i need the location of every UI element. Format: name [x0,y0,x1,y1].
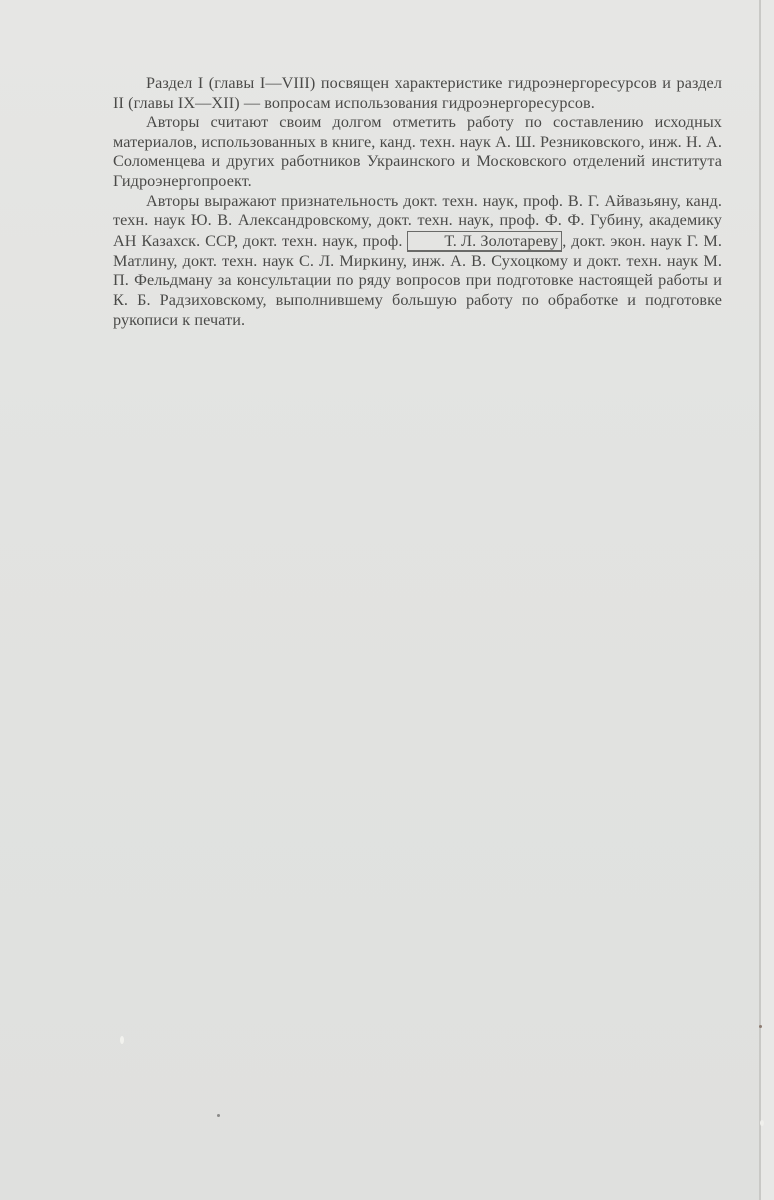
next-page-edge [761,0,774,1200]
book-page: Раздел I (главы I—VIII) посвящен характе… [0,0,774,1200]
preface-text-block: Раздел I (главы I—VIII) посвящен характе… [113,74,722,330]
boxed-name-memorial: Т. Л. Золотареву [407,231,562,252]
paper-speck [759,1025,762,1028]
paragraph-sections-overview: Раздел I (главы I—VIII) посвящен характе… [113,74,722,113]
paper-speck [760,1120,764,1126]
paper-speck [217,1114,220,1117]
paragraph-acknowledgement-consultants: Авторы выражают признательность докт. те… [113,192,722,331]
paragraph-acknowledgement-materials: Авторы считают своим долгом отметить раб… [113,113,722,191]
paper-speck [120,1036,124,1044]
